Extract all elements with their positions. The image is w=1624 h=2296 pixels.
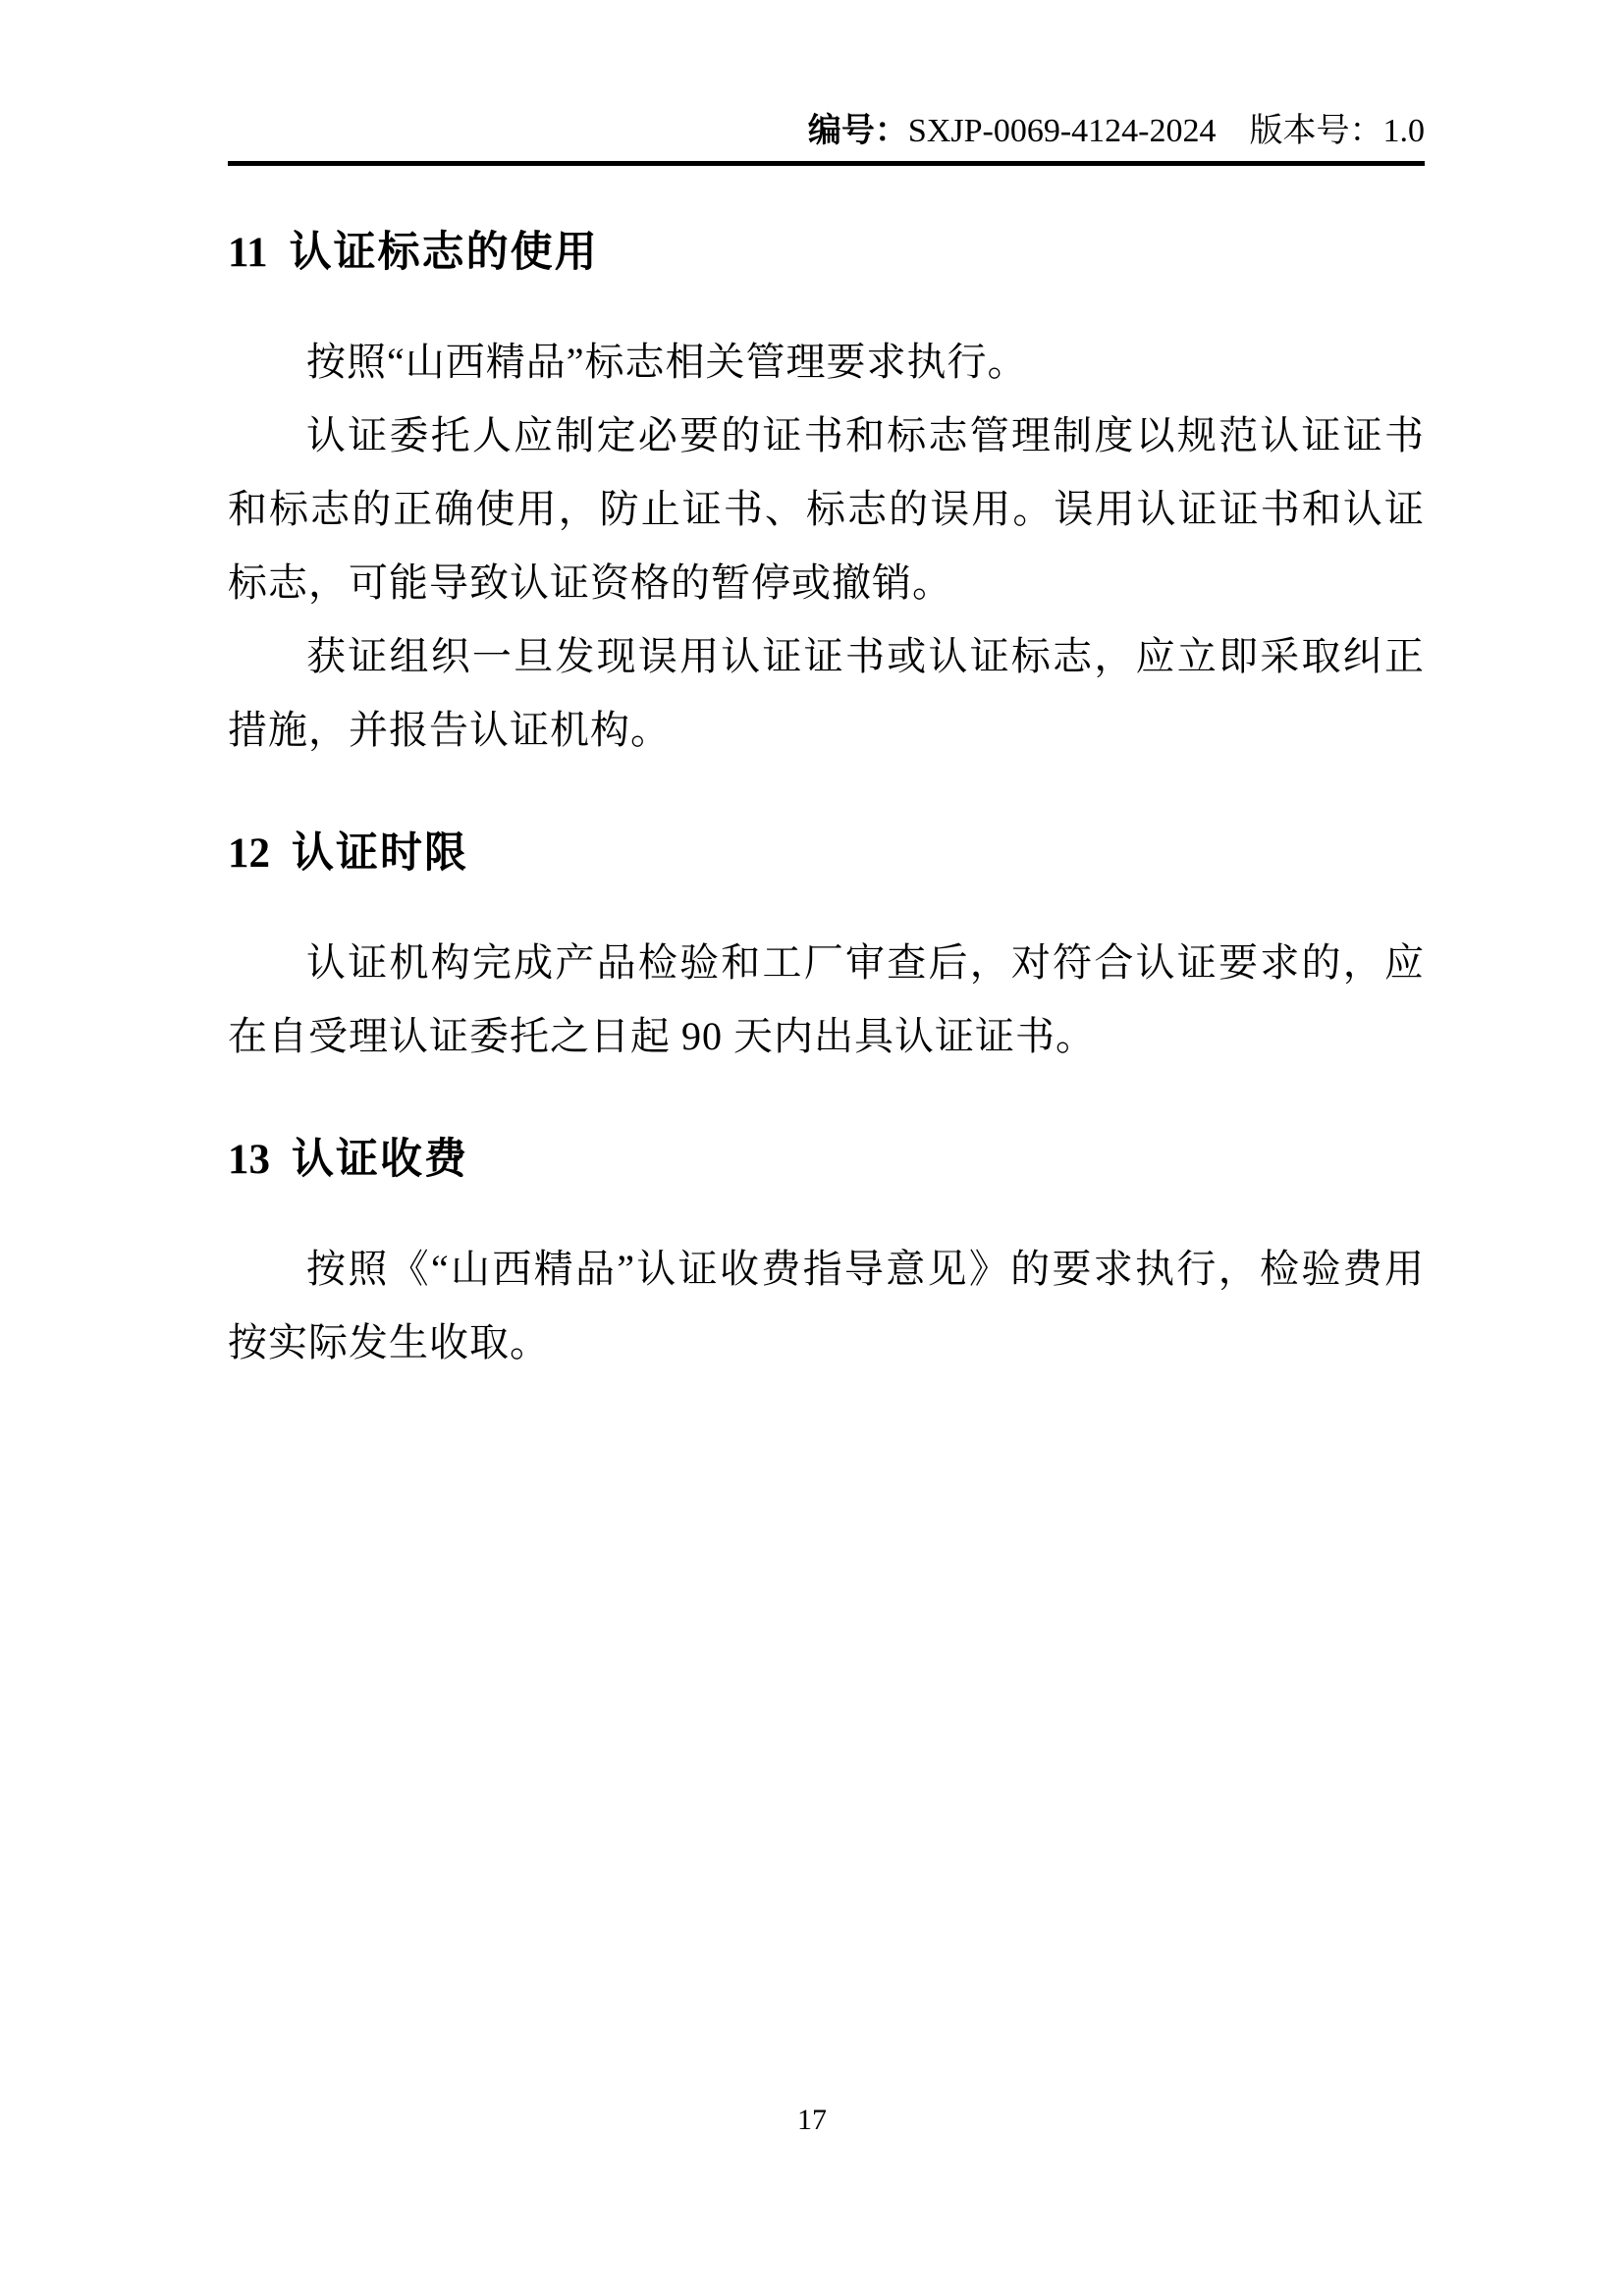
- paragraph: 按照《“山西精品”认证收费指导意见》的要求执行，检验费用按实际发生收取。: [228, 1232, 1425, 1379]
- page-header: 编号：SXJP-0069-4124-2024版本号：1.0: [228, 110, 1425, 166]
- section-13-heading: 13认证收费: [228, 1130, 1425, 1191]
- paragraph: 认证机构完成产品检验和工厂审查后，对符合认证要求的，应在自受理认证委托之日起 9…: [228, 926, 1425, 1073]
- section-13-body: 按照《“山西精品”认证收费指导意见》的要求执行，检验费用按实际发生收取。: [228, 1232, 1425, 1379]
- version-label: 版本号：: [1250, 113, 1383, 149]
- section-13-number: 13: [228, 1137, 270, 1183]
- paragraph: 获证组织一旦发现误用认证证书或认证标志，应立即采取纠正措施，并报告认证机构。: [228, 619, 1425, 767]
- document-page: 编号：SXJP-0069-4124-2024版本号：1.0 11认证标志的使用 …: [0, 0, 1624, 2296]
- section-11-body: 按照“山西精品”标志相关管理要求执行。 认证委托人应制定必要的证书和标志管理制度…: [228, 325, 1425, 767]
- section-11-number: 11: [228, 230, 268, 276]
- section-11-title: 认证标志的使用: [290, 230, 599, 276]
- section-12-heading: 12认证时限: [228, 824, 1425, 884]
- doc-number-value: SXJP-0069-4124-2024: [908, 113, 1217, 149]
- section-11-heading: 11认证标志的使用: [228, 223, 1425, 284]
- section-12: 12认证时限 认证机构完成产品检验和工厂审查后，对符合认证要求的，应在自受理认证…: [228, 824, 1425, 1073]
- page-number: 17: [0, 2103, 1624, 2138]
- paragraph: 按照“山西精品”标志相关管理要求执行。: [228, 325, 1425, 399]
- version-value: 1.0: [1383, 113, 1426, 149]
- section-12-title: 认证时限: [292, 830, 468, 877]
- section-13: 13认证收费 按照《“山西精品”认证收费指导意见》的要求执行，检验费用按实际发生…: [228, 1130, 1425, 1379]
- section-13-title: 认证收费: [292, 1137, 468, 1183]
- section-12-body: 认证机构完成产品检验和工厂审查后，对符合认证要求的，应在自受理认证委托之日起 9…: [228, 926, 1425, 1073]
- section-12-number: 12: [228, 830, 270, 877]
- section-11: 11认证标志的使用 按照“山西精品”标志相关管理要求执行。 认证委托人应制定必要…: [228, 223, 1425, 767]
- paragraph: 认证委托人应制定必要的证书和标志管理制度以规范认证证书和标志的正确使用，防止证书…: [228, 399, 1425, 619]
- doc-number-label: 编号：: [808, 113, 908, 149]
